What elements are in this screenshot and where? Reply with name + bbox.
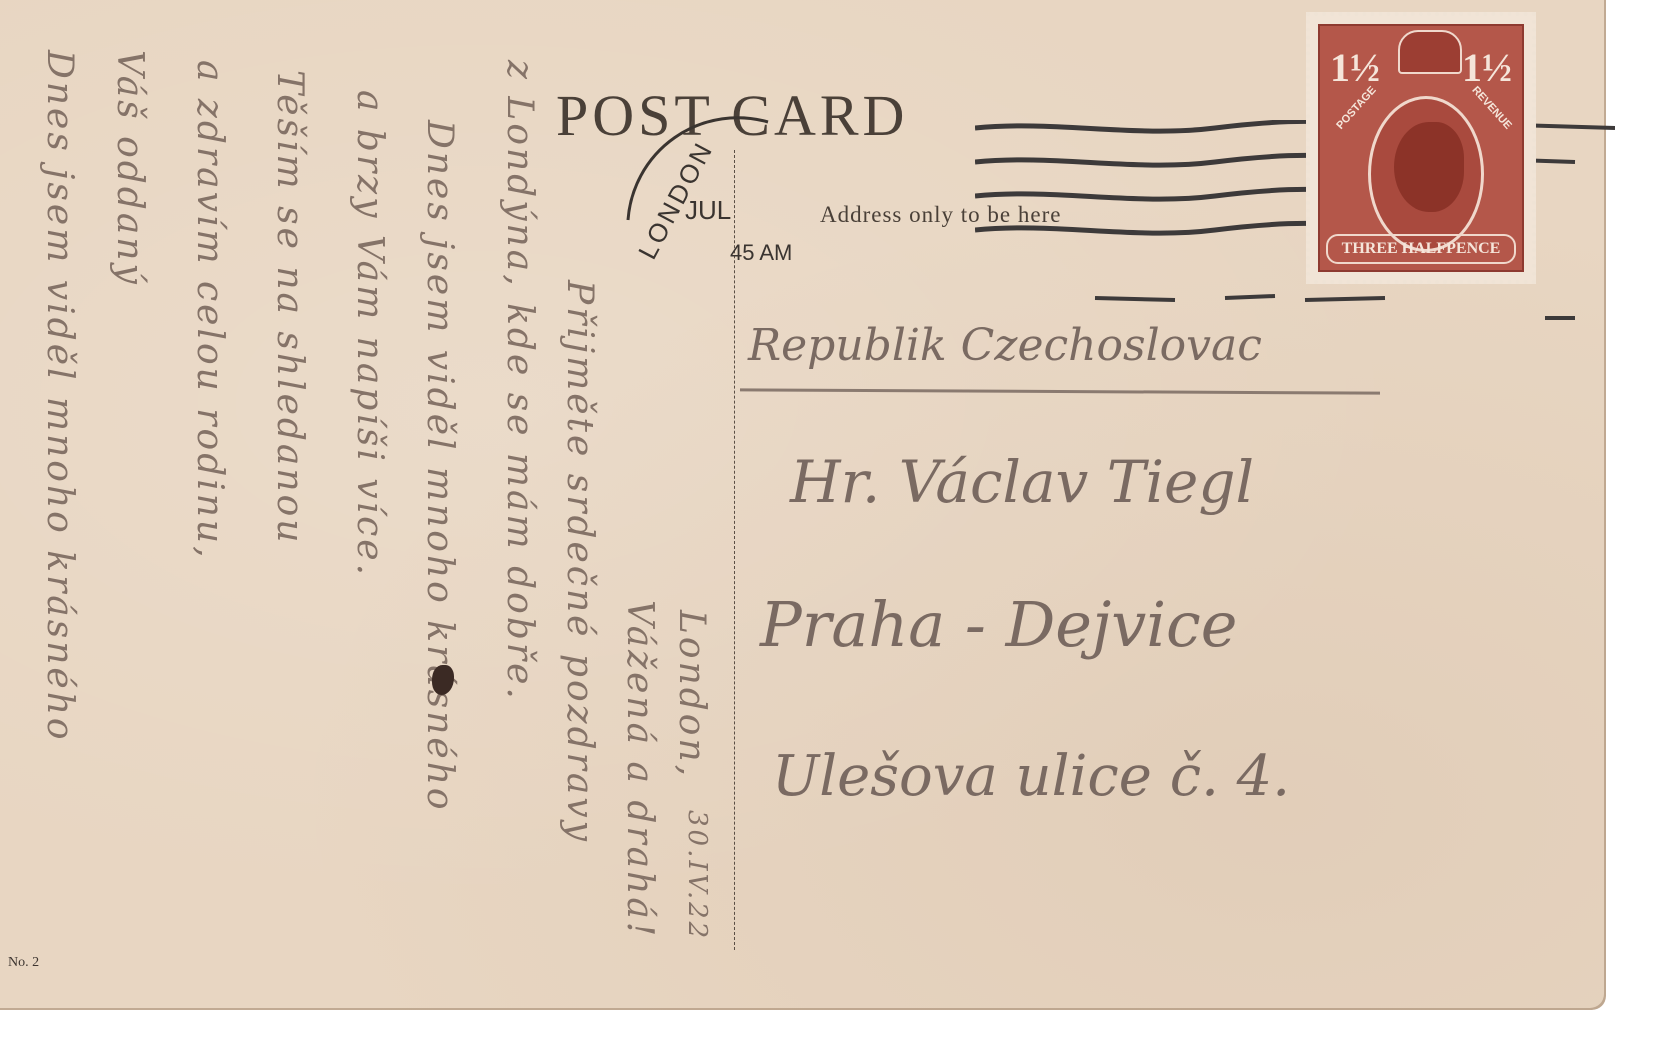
- stamp-postage-text: POSTAGE: [1334, 84, 1378, 131]
- postage-stamp: 1½ 1½ POSTAGE REVENUE THREE HALFPENCE: [1306, 12, 1536, 284]
- stamp-frame: 1½ 1½ POSTAGE REVENUE THREE HALFPENCE: [1318, 24, 1524, 272]
- stamp-value-right: 1½: [1462, 44, 1512, 91]
- message-line: Vážená a drahá!: [619, 600, 660, 939]
- postcard: London, 30.IV.22 Vážená a drahá! Přijmět…: [0, 0, 1606, 1010]
- stamp-revenue-text: REVENUE: [1469, 84, 1514, 132]
- message-line: z Londýna, kde se mám dobře.: [499, 60, 540, 702]
- message-line: a zdravím celou rodinu,: [189, 60, 230, 561]
- message-line: Těším se na shledanou: [269, 70, 310, 545]
- postmark-month: JUL: [685, 195, 731, 226]
- message-line: Přijměte srdečné pozdravy: [559, 280, 600, 844]
- address-country: Republik Czechoslovac: [748, 320, 1262, 371]
- stamp-denomination: THREE HALFPENCE: [1326, 234, 1516, 264]
- message-date: 30.IV.22: [682, 810, 712, 941]
- crown-icon: [1398, 30, 1462, 74]
- king-portrait-icon: [1394, 122, 1464, 212]
- message-line: Váš oddaný: [109, 50, 150, 287]
- address-street: Ulešova ulice č. 4.: [772, 744, 1290, 809]
- message-line: Dnes jsem viděl mnoho krásného: [419, 120, 460, 813]
- address-underline: [740, 388, 1380, 394]
- stamp-value-left: 1½: [1330, 44, 1380, 91]
- message-line: London,: [671, 610, 712, 779]
- message-line: a brzy Vám napíši více.: [349, 90, 390, 578]
- series-number: No. 2: [8, 955, 39, 971]
- address-recipient: Hr. Václav Tiegl: [790, 448, 1254, 516]
- postmark-time: 45 AM: [730, 240, 792, 266]
- message-line: Dnes jsem viděl mnoho krásného: [39, 50, 80, 743]
- address-city: Praha - Dejvice: [760, 588, 1237, 661]
